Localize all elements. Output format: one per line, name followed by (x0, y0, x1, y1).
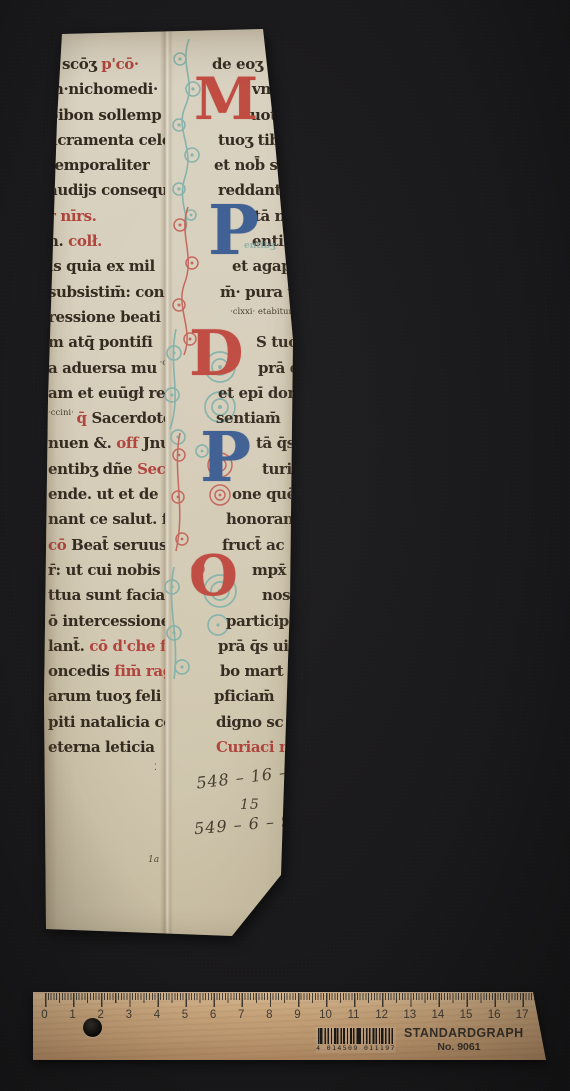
ruler-number: 5 (182, 1009, 188, 1021)
photo-scene: ē scōʒ p'cō·m·nichomedi·bibon sollempacr… (0, 0, 570, 1091)
manuscript-line: r̄: ut cui nobis (48, 558, 165, 583)
ink-mark: ⁚ (154, 763, 157, 773)
ruler-number: 11 (348, 1009, 360, 1021)
manuscript-line: digno sc (172, 710, 294, 735)
ruler-number: 15 (460, 1009, 473, 1021)
ruler: 01234567891011121314151617 4 014509 0111… (33, 992, 547, 1060)
ruler-body: 01234567891011121314151617 4 014509 0111… (33, 992, 547, 1060)
manuscript-line: am et euūgł req̄ (48, 381, 165, 406)
barcode-digits: 4 014509 011197 (316, 1044, 396, 1052)
initial-p1: P (208, 201, 259, 262)
ruler-number: 8 (266, 1009, 272, 1021)
ruler-brand: STANDARDGRAPH No. 9061 (404, 1026, 514, 1053)
manuscript-line: ē scōʒ p'cō· (48, 52, 165, 77)
manuscript-line: nant ce salut. f. (48, 507, 165, 532)
manuscript-line: audijs consequa (48, 178, 165, 203)
ruler-number: 3 (126, 1009, 132, 1021)
ruler-number: 14 (431, 1009, 444, 1021)
manuscript-line: m·nichomedi· (48, 77, 165, 102)
manuscript-line: r nīrs. (48, 204, 165, 229)
manuscript-line: oncedis fim̄ ragap̄ (48, 659, 165, 684)
ruler-hole (83, 1018, 102, 1037)
ink-mark: 1a (148, 855, 159, 865)
manuscript-line: bo mart (172, 659, 294, 684)
manuscript-line: n. colł. (48, 229, 165, 254)
manuscript-line: a aduersa mu ·clx·vi (48, 356, 165, 381)
ruler-number: 0 (41, 1009, 47, 1021)
manuscript-line: Curiaci n (172, 735, 294, 760)
manuscript-line: et nob̄ sa (172, 153, 294, 178)
manuscript-line: lant̄. cō d'che fekat (48, 634, 165, 659)
ruler-number: 16 (488, 1009, 501, 1021)
manuscript-line: prā q̄s ui (172, 634, 294, 659)
handwritten-inscription: 15 (240, 797, 260, 813)
initial-p2: P (200, 428, 251, 489)
manuscript-line: cō Beat̄ seruus. ·clxvii· (48, 533, 165, 558)
initial-m: M (194, 73, 258, 125)
manuscript-line: honoran (172, 507, 294, 532)
handwritten-inscription: 549 – 6 – 9 (193, 811, 293, 838)
ruler-ticks-cm (45, 993, 541, 1007)
manuscript-line: piti natalicia co (48, 710, 165, 735)
manuscript-fragment: ē scōʒ p'cō·m·nichomedi·bibon sollempacr… (44, 29, 296, 939)
ruler-number: 12 (375, 1009, 388, 1021)
manuscript-line: acramenta cele (48, 128, 165, 153)
manuscript-line: participe (172, 609, 294, 634)
manuscript-line: entibʒ dñe Sect̄ (48, 457, 165, 482)
manuscript-line: bibon sollemp (48, 103, 165, 128)
manuscript-line: subsistim̄: con (48, 280, 165, 305)
manuscript-line: nuen &. off Jnuen &. ·clxvi· (48, 431, 165, 456)
manuscript-line: ende. ut et de (48, 482, 165, 507)
manuscript-line: temporaliter (48, 153, 165, 178)
ruler-number: 1 (69, 1009, 75, 1021)
manuscript-line: ·ccini· q̄ Sacerdotes ei. (48, 406, 165, 431)
ruler-number: 9 (294, 1009, 300, 1021)
manuscript-line: is quia ex mil (48, 254, 165, 279)
column-right: de eoʒ scvnerauotictuoʒ tibet nob̄ sared… (172, 52, 294, 768)
model-label: No. 9061 (404, 1041, 514, 1053)
ruler-number: 6 (210, 1009, 216, 1021)
manuscript-line: ō intercessione (48, 609, 165, 634)
barcode-bars (318, 1028, 394, 1044)
barcode: 4 014509 011197 (316, 1027, 396, 1053)
initial-o: O (189, 551, 238, 601)
ruler-number: 17 (516, 1009, 529, 1021)
brand-name: STANDARDGRAPH (404, 1026, 514, 1040)
parchment-surface: ē scōʒ p'cō·m·nichomedi·bibon sollempacr… (44, 29, 296, 939)
ruler-number: 7 (238, 1009, 244, 1021)
manuscript-line: ttua sunt facia (48, 583, 165, 608)
manuscript-line: ressione beati (48, 305, 165, 330)
manuscript-line: arum tuoʒ feli (48, 684, 165, 709)
show-through-text: entibʒ (244, 241, 275, 251)
column-left: ē scōʒ p'cō·m·nichomedi·bibon sollempacr… (48, 52, 165, 768)
ruler-number: 10 (319, 1009, 332, 1021)
initial-d: D (189, 325, 244, 382)
manuscript-line: m atq̄ pontifi (48, 330, 165, 355)
manuscript-line: m̄· pura u (172, 280, 294, 305)
manuscript-line: eterna leticia (48, 735, 165, 760)
ruler-number: 4 (154, 1009, 160, 1021)
manuscript-line: pficiam̄ (172, 684, 294, 709)
ruler-number: 13 (403, 1009, 416, 1021)
